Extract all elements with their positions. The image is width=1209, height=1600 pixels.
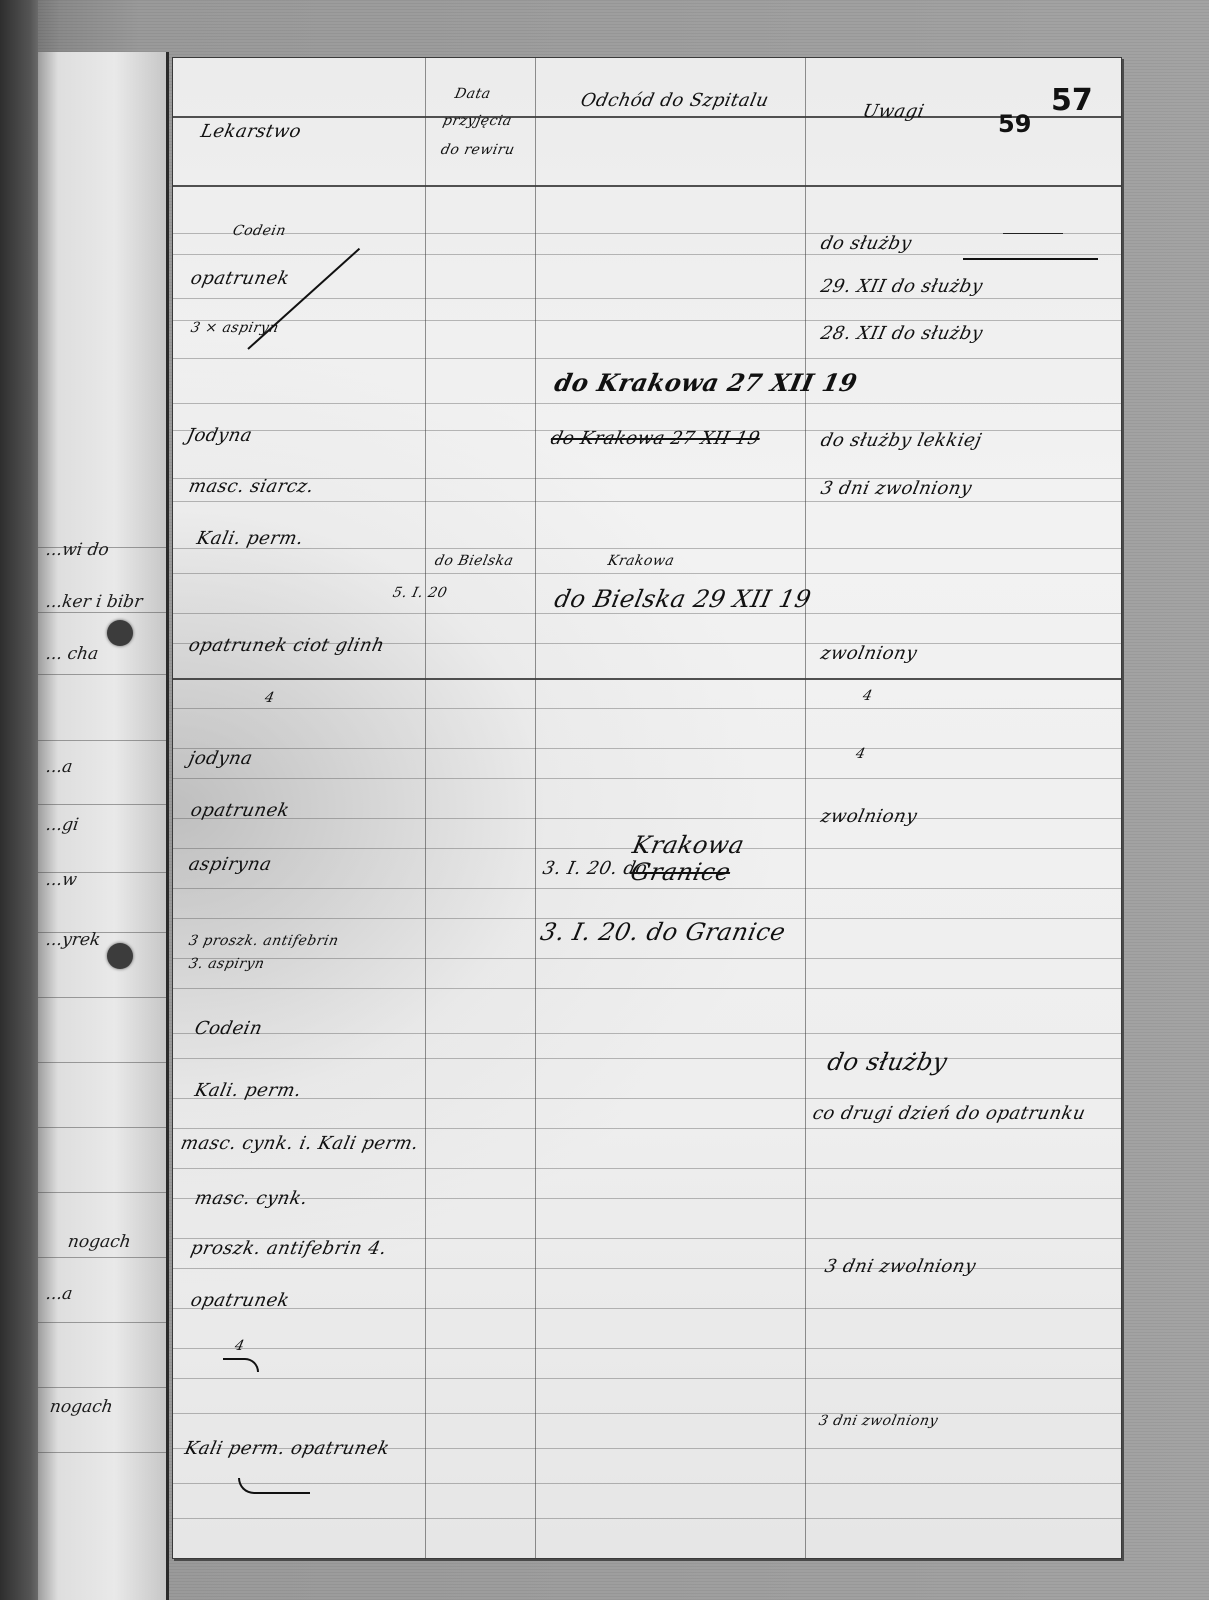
remark-entry: zwolniony bbox=[819, 806, 919, 827]
transfer-entry: do Bielska 29 XII 19 bbox=[552, 585, 814, 613]
left-fragment: ...wi do bbox=[45, 540, 111, 560]
page-number-ink: 57 bbox=[1051, 83, 1093, 118]
pen-stroke bbox=[238, 1478, 310, 1494]
treatment-entry: Jodyna bbox=[185, 425, 255, 446]
header-remarks: Uwagi bbox=[861, 101, 927, 122]
left-facing-page: ...wi do ...ker i bibr ... cha ...a ...g… bbox=[38, 52, 169, 1600]
transfer-entry-struck: Granice bbox=[628, 858, 733, 886]
scan-dark-edge bbox=[0, 0, 38, 1600]
left-fragment: ...ker i bibr bbox=[45, 592, 144, 612]
treatment-entry: Codein bbox=[231, 223, 287, 239]
treatment-entry: opatrunek bbox=[189, 1290, 292, 1311]
treatment-entry: aspiryna bbox=[187, 854, 274, 875]
treatment-entry: opatrunek bbox=[189, 800, 292, 821]
transfer-entry: 3. I. 20. do Granice bbox=[538, 918, 788, 946]
remark-entry: do służby bbox=[819, 233, 914, 254]
treatment-mark: 4 bbox=[263, 690, 276, 706]
transfer-entry: do Krakowa 27 XII 19 bbox=[552, 368, 860, 397]
page-number-pencil: 59 bbox=[998, 110, 1031, 138]
left-fragment: ... cha bbox=[45, 644, 100, 664]
header-admission-date-line2: przyjęcia bbox=[441, 113, 513, 129]
treatment-entry: masc. cynk. i. Kali perm. bbox=[179, 1133, 421, 1154]
transfer-note: Krakowa bbox=[606, 553, 676, 569]
header-hospital-transfer: Odchód do Szpitalu bbox=[579, 90, 771, 111]
treatment-entry: opatrunek bbox=[189, 268, 292, 289]
treatment-entry: 3 × aspiryn bbox=[189, 320, 280, 336]
admission-note: do Bielska bbox=[433, 553, 515, 569]
left-fragment: ...w bbox=[45, 870, 79, 890]
header-treatment: Lekarstwo bbox=[199, 121, 304, 142]
remark-entry: 3 dni zwolniony bbox=[823, 1256, 978, 1277]
transfer-entry-struck: do Krakowa 27 XII 19 bbox=[549, 428, 762, 449]
treatment-entry: Codein bbox=[193, 1018, 265, 1039]
register-page: Lekarstwo Data przyjęcia do rewiru Odchó… bbox=[172, 57, 1122, 1559]
treatment-mark: 4 bbox=[233, 1338, 246, 1354]
remark-entry: co drugi dzień do opatrunku bbox=[811, 1103, 1088, 1124]
treatment-entry: Kali. perm. bbox=[193, 1080, 304, 1101]
remark-entry: 29. XII do służby bbox=[819, 276, 985, 297]
treatment-entry: masc. cynk. bbox=[193, 1188, 310, 1209]
header-admission-date-line1: Data bbox=[453, 86, 492, 102]
pen-stroke bbox=[963, 258, 1098, 260]
remark-mark: 4 bbox=[861, 688, 874, 704]
treatment-entry: Kali. perm. bbox=[195, 528, 306, 549]
treatment-entry: opatrunek ciot glinh bbox=[187, 635, 387, 656]
treatment-entry: 3. aspiryn bbox=[187, 956, 266, 972]
punch-hole bbox=[107, 943, 133, 969]
column-divider bbox=[425, 58, 426, 1558]
admission-date: 5. I. 20 bbox=[391, 585, 448, 601]
left-fragment: nogach bbox=[49, 1397, 114, 1417]
remark-mark: 4 bbox=[854, 746, 867, 762]
treatment-entry: proszk. antifebrin 4. bbox=[189, 1238, 389, 1259]
left-fragment: ...gi bbox=[45, 815, 80, 835]
transfer-correction: Krakowa bbox=[630, 831, 747, 859]
column-divider bbox=[805, 58, 806, 1558]
remark-entry: zwolniony bbox=[819, 643, 919, 664]
left-fragment: ...a bbox=[45, 757, 74, 777]
left-fragment: ...yrek bbox=[45, 930, 102, 950]
treatment-entry: Kali perm. opatrunek bbox=[183, 1438, 392, 1459]
treatment-entry: jodyna bbox=[187, 748, 255, 769]
remark-entry: do służby bbox=[825, 1048, 950, 1076]
remark-entry: do służby lekkiej bbox=[819, 430, 984, 451]
remark-entry: 3 dni zwolniony bbox=[819, 478, 974, 499]
remark-entry: 28. XII do służby bbox=[819, 323, 985, 344]
column-divider bbox=[535, 58, 536, 1558]
treatment-entry: 3 proszk. antifebrin bbox=[187, 933, 340, 949]
left-fragment: ...a bbox=[45, 1284, 74, 1304]
treatment-entry: masc. siarcz. bbox=[187, 476, 316, 497]
header-admission-date-line3: do rewiru bbox=[439, 142, 516, 158]
punch-hole bbox=[107, 620, 133, 646]
left-fragment: nogach bbox=[67, 1232, 132, 1252]
remark-entry: 3 dni zwolniony bbox=[817, 1413, 939, 1429]
pen-stroke bbox=[1003, 233, 1063, 234]
pen-stroke bbox=[223, 1358, 259, 1372]
